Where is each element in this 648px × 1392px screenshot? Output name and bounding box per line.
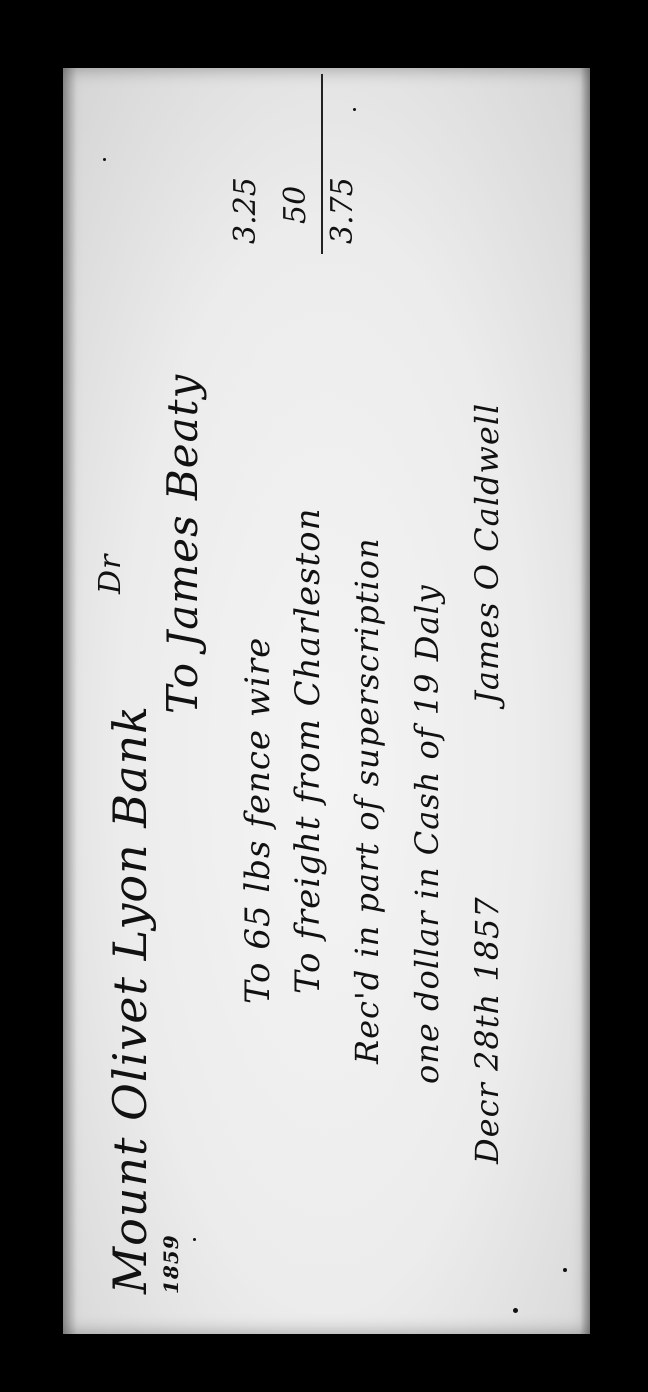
year-mark: 1859 (159, 1234, 183, 1294)
ink-speck (563, 1268, 567, 1272)
ink-speck (353, 108, 356, 111)
ink-speck (193, 1238, 196, 1241)
line-item-amount: 3.25 (228, 177, 263, 244)
receipt-line: Rec'd in part of superscription (348, 537, 386, 1064)
total-amount: 3.75 (325, 177, 360, 244)
receipt-date: Decr 28th 1857 (468, 896, 506, 1164)
signature: James O Caldwell (468, 403, 506, 704)
receipt-line: one dollar in Cash of 19 Daly (408, 584, 446, 1084)
ink-speck (513, 1308, 518, 1313)
document-paper: Mount Olivet Lyon Bank 1859 Dr To James … (63, 68, 590, 1334)
debit-mark: Dr (93, 554, 128, 594)
line-item-amount: 50 (278, 186, 313, 224)
payee-line: To James Beaty (158, 374, 207, 714)
line-item-description: To 65 lbs fence wire (238, 637, 278, 1004)
rotated-handwriting-layer: Mount Olivet Lyon Bank 1859 Dr To James … (63, 68, 590, 1334)
total-rule (321, 74, 323, 254)
line-item-description: To freight from Charleston (288, 507, 328, 994)
ink-speck (103, 158, 106, 161)
payer-name: Mount Olivet Lyon Bank (103, 705, 157, 1294)
